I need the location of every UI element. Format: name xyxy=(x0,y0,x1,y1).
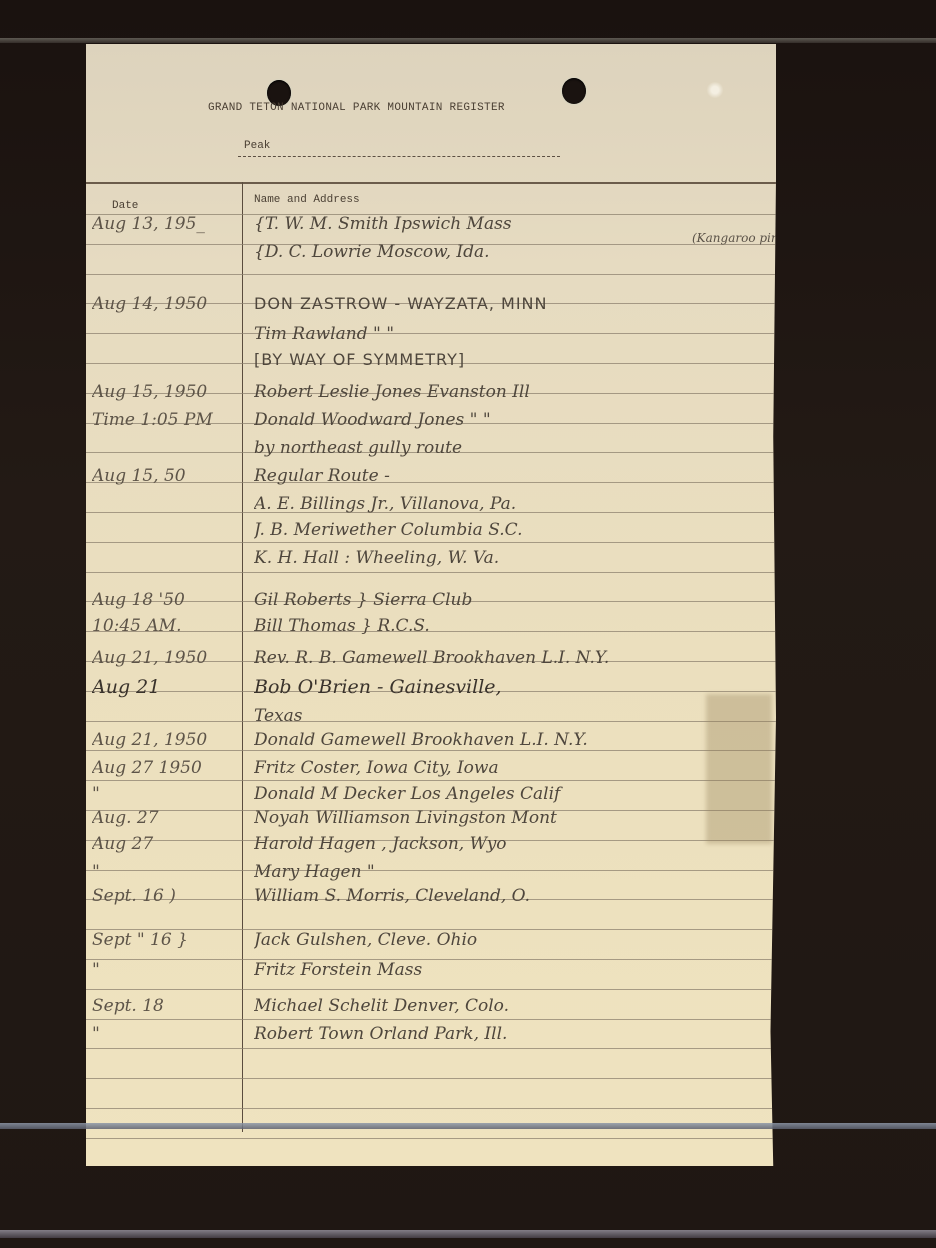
peak-field-line xyxy=(238,156,560,157)
entry-name-address: K. H. Hall : Wheeling, W. Va. xyxy=(254,548,769,568)
date-column-header: Date xyxy=(112,200,138,212)
ruled-line xyxy=(86,1108,776,1109)
glass-edge-middle xyxy=(0,1123,936,1129)
entry-date: 10:45 AM. xyxy=(92,616,242,636)
register-entry: Aug 15, 50Regular Route - xyxy=(86,466,776,496)
entry-date: Aug 14, 1950 xyxy=(92,294,242,314)
mountain-register-sheet: GRAND TETON NATIONAL PARK MOUNTAIN REGIS… xyxy=(86,44,776,1166)
entry-date: Aug 15, 1950 xyxy=(92,382,242,402)
entry-name-address: Jack Gulshen, Cleve. Ohio xyxy=(254,930,769,950)
entry-name-address: Noyah Williamson Livingston Mont xyxy=(254,808,769,828)
entry-name-address: Bill Thomas } R.C.S. xyxy=(254,616,769,636)
torn-hole xyxy=(706,82,724,98)
register-entry: K. H. Hall : Wheeling, W. Va. xyxy=(86,548,776,578)
register-entry: Aug 15, 1950Robert Leslie Jones Evanston… xyxy=(86,382,776,412)
entry-name-address: J. B. Meriwether Columbia S.C. xyxy=(254,520,769,540)
register-entry: J. B. Meriwether Columbia S.C. xyxy=(86,520,776,550)
entry-name-address: A. E. Billings Jr., Villanova, Pa. xyxy=(254,494,769,514)
entry-name-address: Robert Leslie Jones Evanston Ill xyxy=(254,382,769,402)
register-entry: Aug 27Harold Hagen , Jackson, Wyo xyxy=(86,834,776,864)
form-title: GRAND TETON NATIONAL PARK MOUNTAIN REGIS… xyxy=(208,102,505,114)
register-entry: [BY WAY OF SYMMETRY] xyxy=(86,350,776,380)
entry-name-address: Gil Roberts } Sierra Club xyxy=(254,590,769,610)
entry-date: Aug 21, 1950 xyxy=(92,730,242,750)
entry-name-address: {D. C. Lowrie Moscow, Ida. xyxy=(254,242,769,262)
glass-edge-top xyxy=(0,38,936,43)
register-entry: Aug 14, 1950DON ZASTROW - WAYZATA, MINN xyxy=(86,294,776,324)
register-entry: Sept " 16 }Jack Gulshen, Cleve. Ohio xyxy=(86,930,776,960)
entry-name-address: Michael Schelit Denver, Colo. xyxy=(254,996,769,1016)
register-entry: Time 1:05 PMDonald Woodward Jones " " xyxy=(86,410,776,440)
entry-date: " xyxy=(92,784,242,804)
entry-date: Aug 21 xyxy=(92,676,242,698)
entry-name-address: Rev. R. B. Gamewell Brookhaven L.I. N.Y. xyxy=(254,648,769,668)
entry-date: Aug 27 1950 xyxy=(92,758,242,778)
entry-date: Sept " 16 } xyxy=(92,930,242,950)
register-entry: Aug 13, 195_{T. W. M. Smith Ipswich Mass xyxy=(86,214,776,244)
register-entry: {D. C. Lowrie Moscow, Ida. xyxy=(86,242,776,272)
entry-name-address: Fritz Forstein Mass xyxy=(254,960,769,980)
entry-date: Sept. 18 xyxy=(92,996,242,1016)
register-entry: Aug 21Bob O'Brien - Gainesville, xyxy=(86,676,776,706)
punch-hole xyxy=(562,78,586,104)
entry-name-address: William S. Morris, Cleveland, O. xyxy=(254,886,769,906)
register-entry: 10:45 AM.Bill Thomas } R.C.S. xyxy=(86,616,776,646)
register-entry: Aug 21, 1950Donald Gamewell Brookhaven L… xyxy=(86,730,776,760)
entry-name-address: Texas xyxy=(254,706,769,726)
entry-date: " xyxy=(92,862,242,882)
register-entry: Sept. 18Michael Schelit Denver, Colo. xyxy=(86,996,776,1026)
entry-date: Aug 13, 195_ xyxy=(92,214,242,234)
entry-date: " xyxy=(92,1024,242,1044)
entry-date: Aug. 27 xyxy=(92,808,242,828)
register-entry: Aug 21, 1950Rev. R. B. Gamewell Brookhav… xyxy=(86,648,776,678)
entry-name-address: by northeast gully route xyxy=(254,438,769,458)
entry-date: Aug 21, 1950 xyxy=(92,648,242,668)
ruled-line xyxy=(86,1078,776,1079)
entry-date: Sept. 16 ) xyxy=(92,886,242,906)
entry-date: " xyxy=(92,960,242,980)
entry-name-address: DON ZASTROW - WAYZATA, MINN xyxy=(254,294,769,313)
glass-edge-bottom xyxy=(0,1230,936,1238)
register-entry: Sept. 16 )William S. Morris, Cleveland, … xyxy=(86,886,776,916)
entry-date: Aug 27 xyxy=(92,834,242,854)
entry-name-address: Harold Hagen , Jackson, Wyo xyxy=(254,834,769,854)
entry-name-address: Robert Town Orland Park, Ill. xyxy=(254,1024,769,1044)
entry-name-address: Regular Route - xyxy=(254,466,769,486)
header-rule xyxy=(86,182,776,184)
ruled-line xyxy=(86,1138,776,1139)
entry-date: Aug 18 '50 xyxy=(92,590,242,610)
register-entry: "Fritz Forstein Mass xyxy=(86,960,776,990)
entry-name-address: Mary Hagen " xyxy=(254,862,769,882)
entry-name-address: Tim Rawland " " xyxy=(254,324,769,344)
entry-name-address: Fritz Coster, Iowa City, Iowa xyxy=(254,758,769,778)
entry-date: Time 1:05 PM xyxy=(92,410,242,430)
ruled-line xyxy=(86,274,776,275)
entry-name-address: [BY WAY OF SYMMETRY] xyxy=(254,350,769,369)
entry-name-address: Donald Woodward Jones " " xyxy=(254,410,769,430)
entry-name-address: Donald M Decker Los Angeles Calif xyxy=(254,784,769,804)
register-entry: by northeast gully route xyxy=(86,438,776,468)
peak-label: Peak xyxy=(244,140,270,152)
register-entry: "Robert Town Orland Park, Ill. xyxy=(86,1024,776,1054)
entry-name-address: {T. W. M. Smith Ipswich Mass xyxy=(254,214,769,234)
entry-date: Aug 15, 50 xyxy=(92,466,242,486)
name-column-header: Name and Address xyxy=(254,194,360,206)
entry-name-address: Bob O'Brien - Gainesville, xyxy=(254,676,769,698)
entry-name-address: Donald Gamewell Brookhaven L.I. N.Y. xyxy=(254,730,769,750)
